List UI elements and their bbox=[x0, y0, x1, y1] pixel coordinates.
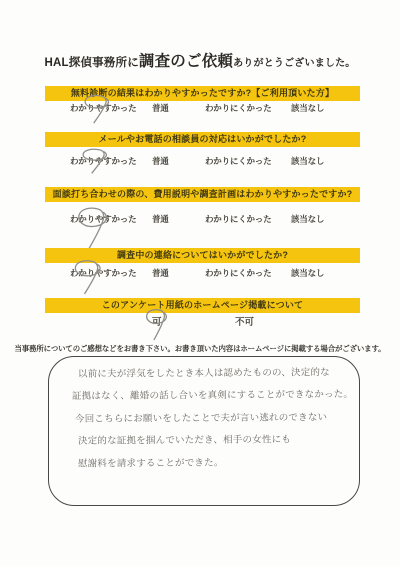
question-4-option-gaitounashi: 該当なし bbox=[291, 267, 324, 279]
handwritten-selection-circle bbox=[75, 206, 113, 250]
question-3-heading: 面談打ち合わせの際の、費用説明や調査計画はわかりやすかったですか? bbox=[45, 187, 360, 202]
scanned-survey-page: HAL探偵事務所に調査のご依頼ありがとうございました。 無料診断の結果はわかりや… bbox=[0, 0, 400, 566]
handwritten-selection-circle bbox=[82, 94, 114, 124]
handwritten-selection-circle bbox=[80, 148, 112, 174]
question-4-option-wakarinikukatta: わかりにくかった bbox=[205, 267, 271, 279]
question-3-option-futsuu: 普通 bbox=[152, 213, 169, 225]
handwritten-selection-circle bbox=[72, 259, 106, 295]
handwritten-comment-line: 証拠はなく、離婚の話し合いを真剣にすることができなかった。 bbox=[72, 386, 353, 402]
question-2-option-wakarinikukatta: わかりにくかった bbox=[205, 155, 271, 167]
question-2-option-gaitounashi: 該当なし bbox=[291, 155, 324, 167]
handwritten-comment-line: 決定的な証拠を掴んでいただき、相手の女性にも bbox=[78, 431, 291, 446]
page-title: HAL探偵事務所に調査のご依頼ありがとうございました。 bbox=[0, 49, 400, 71]
handwritten-comment-line: 慰謝料を請求することができた。 bbox=[78, 454, 224, 469]
question-4-option-futsuu: 普通 bbox=[152, 267, 169, 279]
question-1-option-futsuu: 普通 bbox=[152, 102, 169, 114]
question-3-option-wakarinikukatta: わかりにくかった bbox=[205, 213, 271, 225]
title-emphasis: 調査のご依頼 bbox=[139, 53, 233, 70]
comment-instruction: 当事務所についてのご感想などをお書き下さい。お書き頂いた内容はホームページに掲載… bbox=[0, 343, 400, 354]
handwritten-comment-line: 今回こちらにお願いをしたことで夫が言い逃れのできない bbox=[75, 409, 327, 425]
question-1-option-gaitounashi: 該当なし bbox=[291, 102, 324, 114]
question-2-option-futsuu: 普通 bbox=[152, 155, 169, 167]
publish-heading: このアンケート用紙のホームページ掲載について bbox=[45, 298, 360, 313]
title-prefix: HAL探偵事務所に bbox=[44, 57, 138, 69]
question-1-option-wakarinikukatta: わかりにくかった bbox=[205, 102, 271, 114]
handwritten-selection-circle bbox=[144, 308, 171, 341]
question-2-heading: メールやお電話の相談員の対応はいかがでしたか? bbox=[45, 132, 360, 147]
title-suffix: ありがとうございました。 bbox=[233, 58, 355, 69]
publish-option-fuka: 不可 bbox=[235, 314, 254, 328]
handwritten-comment-line: 以前に夫が浮気をしたとき本人は認めたものの、決定的な bbox=[78, 364, 330, 380]
question-3-option-gaitounashi: 該当なし bbox=[291, 213, 324, 225]
